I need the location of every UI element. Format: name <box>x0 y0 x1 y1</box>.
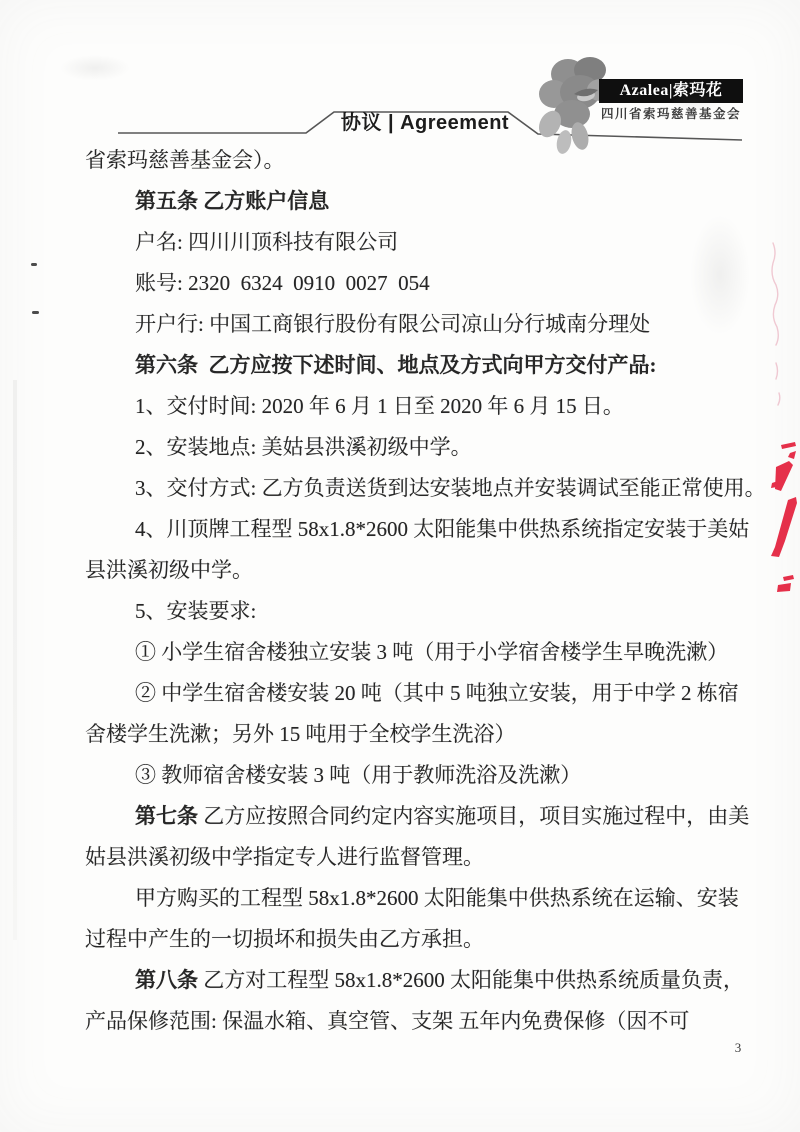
text-line: 省索玛慈善基金会）。 <box>85 140 763 181</box>
text-line: 第六条 乙方应按下述时间、地点及方式向甲方交付产品: <box>85 345 763 386</box>
text-line: 户名: 四川川顶科技有限公司 <box>85 222 763 263</box>
text-line: 5、安装要求: <box>85 591 763 632</box>
text-line: 产品保修范围: 保温水箱、真空管、支架 五年内免费保修（因不可 <box>85 1001 763 1042</box>
logo-org-name: 四川省索玛慈善基金会 <box>596 105 746 123</box>
red-ink-marks <box>755 235 800 605</box>
document-body: 省索玛慈善基金会）。第五条 乙方账户信息户名: 四川川顶科技有限公司账号: 23… <box>85 140 763 1042</box>
scan-streak <box>13 380 17 940</box>
scan-speck <box>32 311 39 314</box>
banner-title: 协议 | Agreement <box>330 109 520 137</box>
scan-smudge <box>60 55 130 81</box>
text-line: 第五条 乙方账户信息 <box>85 181 763 222</box>
red-ink-fragment-upper <box>771 442 796 491</box>
scan-smudge <box>668 90 718 112</box>
scan-speck <box>31 263 37 266</box>
text-line: 4、川顶牌工程型 58x1.8*2600 太阳能集中供热系统指定安装于美姑 <box>85 509 763 550</box>
scan-smudge <box>690 215 750 335</box>
text-line: 账号: 2320 6324 0910 0027 054 <box>85 263 763 304</box>
text-line: ③ 教师宿舍楼安装 3 吨（用于教师洗浴及洗漱） <box>85 755 763 796</box>
text-line: 舍楼学生洗漱；另外 15 吨用于全校学生洗浴） <box>85 714 763 755</box>
text-line: ② 中学生宿舍楼安装 20 吨（其中 5 吨独立安装，用于中学 2 栋宿 <box>85 673 763 714</box>
text-line: 第七条 乙方应按照合同约定内容实施项目，项目实施过程中，由美 <box>85 796 763 837</box>
text-line: 1、交付时间: 2020 年 6 月 1 日至 2020 年 6 月 15 日。 <box>85 386 763 427</box>
text-line: 第八条 乙方对工程型 58x1.8*2600 太阳能集中供热系统质量负责， <box>85 960 763 1001</box>
text-line: 2、安装地点: 美姑县洪溪初级中学。 <box>85 427 763 468</box>
red-ink-fragment-lower <box>777 575 794 592</box>
text-line: 姑县洪溪初级中学指定专人进行监督管理。 <box>85 837 763 878</box>
text-line: 县洪溪初级中学。 <box>85 550 763 591</box>
text-line: ① 小学生宿舍楼独立安装 3 吨（用于小学宿舍楼学生早晚洗漱） <box>85 632 763 673</box>
faint-red-scribble <box>772 243 780 405</box>
scanned-agreement-page: 协议 | Agreement Azalea|索玛花 四川省索玛慈善基金会 省索玛… <box>0 0 800 1132</box>
red-ink-slash <box>771 497 797 557</box>
text-line: 过程中产生的一切损坏和损失由乙方承担。 <box>85 919 763 960</box>
text-line: 开户行: 中国工商银行股份有限公司凉山分行城南分理处 <box>85 304 763 345</box>
text-line: 甲方购买的工程型 58x1.8*2600 太阳能集中供热系统在运输、安装 <box>85 878 763 919</box>
text-line: 3、交付方式: 乙方负责送货到达安装地点并安装调试至能正常使用。 <box>85 468 763 509</box>
page-number: 3 <box>728 1040 748 1056</box>
